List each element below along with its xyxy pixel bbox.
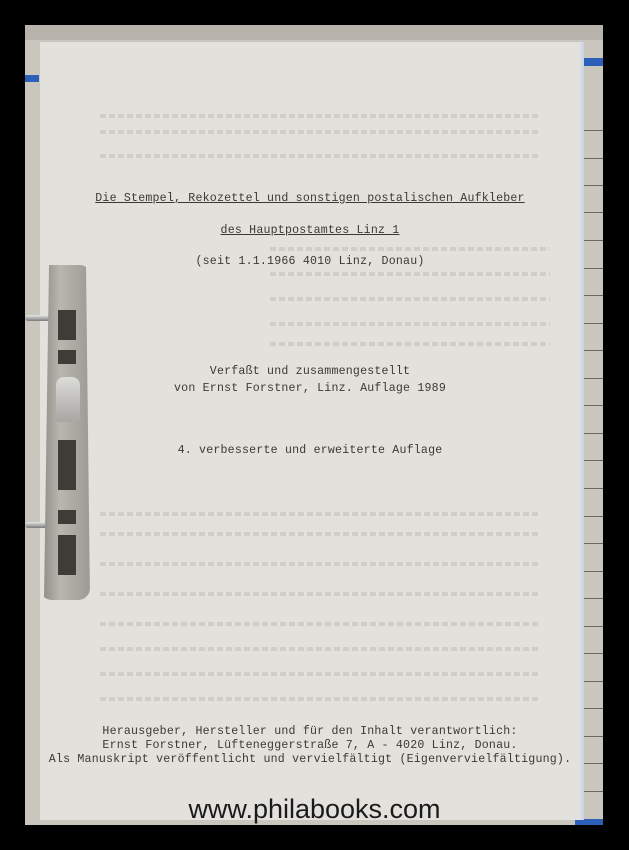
ruled-line [583, 405, 603, 406]
ruled-line [583, 736, 603, 737]
binder-slot [58, 510, 76, 524]
ruled-line [583, 681, 603, 682]
show-through-text [270, 297, 550, 301]
binder-slot [58, 535, 76, 575]
ruled-line [583, 626, 603, 627]
show-through-text [100, 532, 540, 536]
show-through-text [100, 130, 540, 134]
show-through-text [100, 154, 540, 158]
ruled-line [583, 763, 603, 764]
ruled-line [583, 433, 603, 434]
author-line-2: von Ernst Forstner, Linz. Auflage 1989 [40, 382, 580, 395]
ruled-line [583, 653, 603, 654]
ruled-line [583, 460, 603, 461]
edition-note: 4. verbesserte und erweiterte Auflage [40, 444, 580, 457]
document-subtitle: (seit 1.1.1966 4010 Linz, Donau) [40, 255, 580, 268]
show-through-text [100, 562, 540, 566]
binder-slot [58, 310, 76, 340]
ruled-line [583, 240, 603, 241]
ruled-line [583, 708, 603, 709]
ruled-line [583, 516, 603, 517]
ruled-line [583, 185, 603, 186]
ruled-line [583, 488, 603, 489]
show-through-text [100, 114, 540, 118]
publisher-line-3: Als Manuskript veröffentlicht und vervie… [40, 753, 580, 766]
show-through-text [270, 247, 550, 251]
ruled-line [583, 130, 603, 131]
show-through-text [270, 322, 550, 326]
show-through-text [100, 592, 540, 596]
publisher-line-2: Ernst Forstner, Lüfteneggerstraße 7, A -… [40, 739, 580, 752]
show-through-text [100, 622, 540, 626]
ruled-line [583, 350, 603, 351]
publisher-line-1: Herausgeber, Hersteller und für den Inha… [40, 725, 580, 738]
document-title-line-2: des Hauptpostamtes Linz 1 [40, 224, 580, 237]
ruled-line [583, 295, 603, 296]
document-title: Die Stempel, Rekozettel und sonstigen po… [40, 192, 580, 205]
author-line-1: Verfaßt und zusammengestellt [40, 365, 580, 378]
ruled-line [583, 378, 603, 379]
show-through-text [100, 697, 540, 701]
binder-slot [58, 440, 76, 490]
show-through-text [100, 647, 540, 651]
show-through-text [100, 512, 540, 516]
show-through-text [100, 672, 540, 676]
ruled-line [583, 268, 603, 269]
title-page: Die Stempel, Rekozettel und sonstigen po… [40, 42, 580, 820]
ruled-line [583, 158, 603, 159]
ruled-line [583, 571, 603, 572]
show-through-text [270, 342, 550, 346]
show-through-text [270, 272, 550, 276]
ruled-line [583, 212, 603, 213]
binder-lever [56, 377, 80, 422]
binder-slot [58, 350, 76, 364]
folder-blue-edge [25, 75, 39, 82]
ruled-line [583, 323, 603, 324]
ruled-line [583, 598, 603, 599]
ruled-line [583, 543, 603, 544]
ruled-line [583, 791, 603, 792]
photo: Die Stempel, Rekozettel und sonstigen po… [25, 25, 603, 825]
watermark-url: www.philabooks.com [0, 794, 629, 825]
